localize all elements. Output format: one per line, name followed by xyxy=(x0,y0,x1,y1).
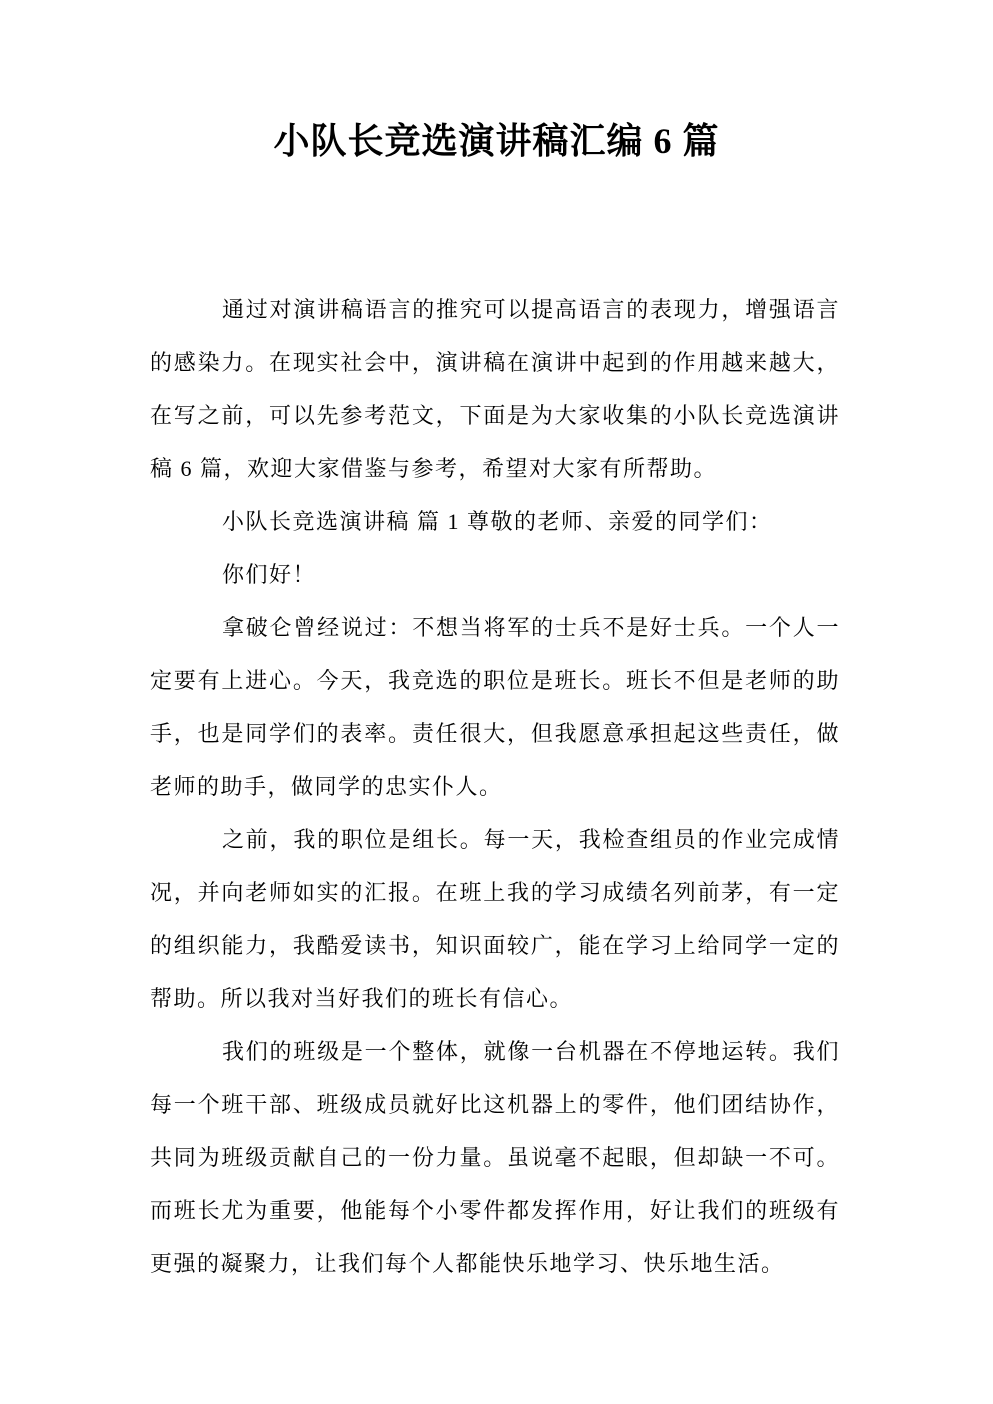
paragraph: 小队长竞选演讲稿 篇 1 尊敬的老师、亲爱的同学们： xyxy=(150,495,840,548)
document-body: 通过对演讲稿语言的推究可以提高语言的表现力，增强语言的感染力。在现实社会中，演讲… xyxy=(150,283,840,1290)
paragraph: 我们的班级是一个整体，就像一台机器在不停地运转。我们每一个班干部、班级成员就好比… xyxy=(150,1025,840,1290)
paragraph: 你们好！ xyxy=(150,548,840,601)
paragraph: 之前，我的职位是组长。每一天，我检查组员的作业完成情况，并向老师如实的汇报。在班… xyxy=(150,813,840,1025)
document-page: 小队长竞选演讲稿汇编 6 篇 通过对演讲稿语言的推究可以提高语言的表现力，增强语… xyxy=(0,0,993,1404)
paragraph: 拿破仑曾经说过：不想当将军的士兵不是好士兵。一个人一定要有上进心。今天，我竞选的… xyxy=(150,601,840,813)
document-title: 小队长竞选演讲稿汇编 6 篇 xyxy=(0,118,993,164)
paragraph: 通过对演讲稿语言的推究可以提高语言的表现力，增强语言的感染力。在现实社会中，演讲… xyxy=(150,283,840,495)
